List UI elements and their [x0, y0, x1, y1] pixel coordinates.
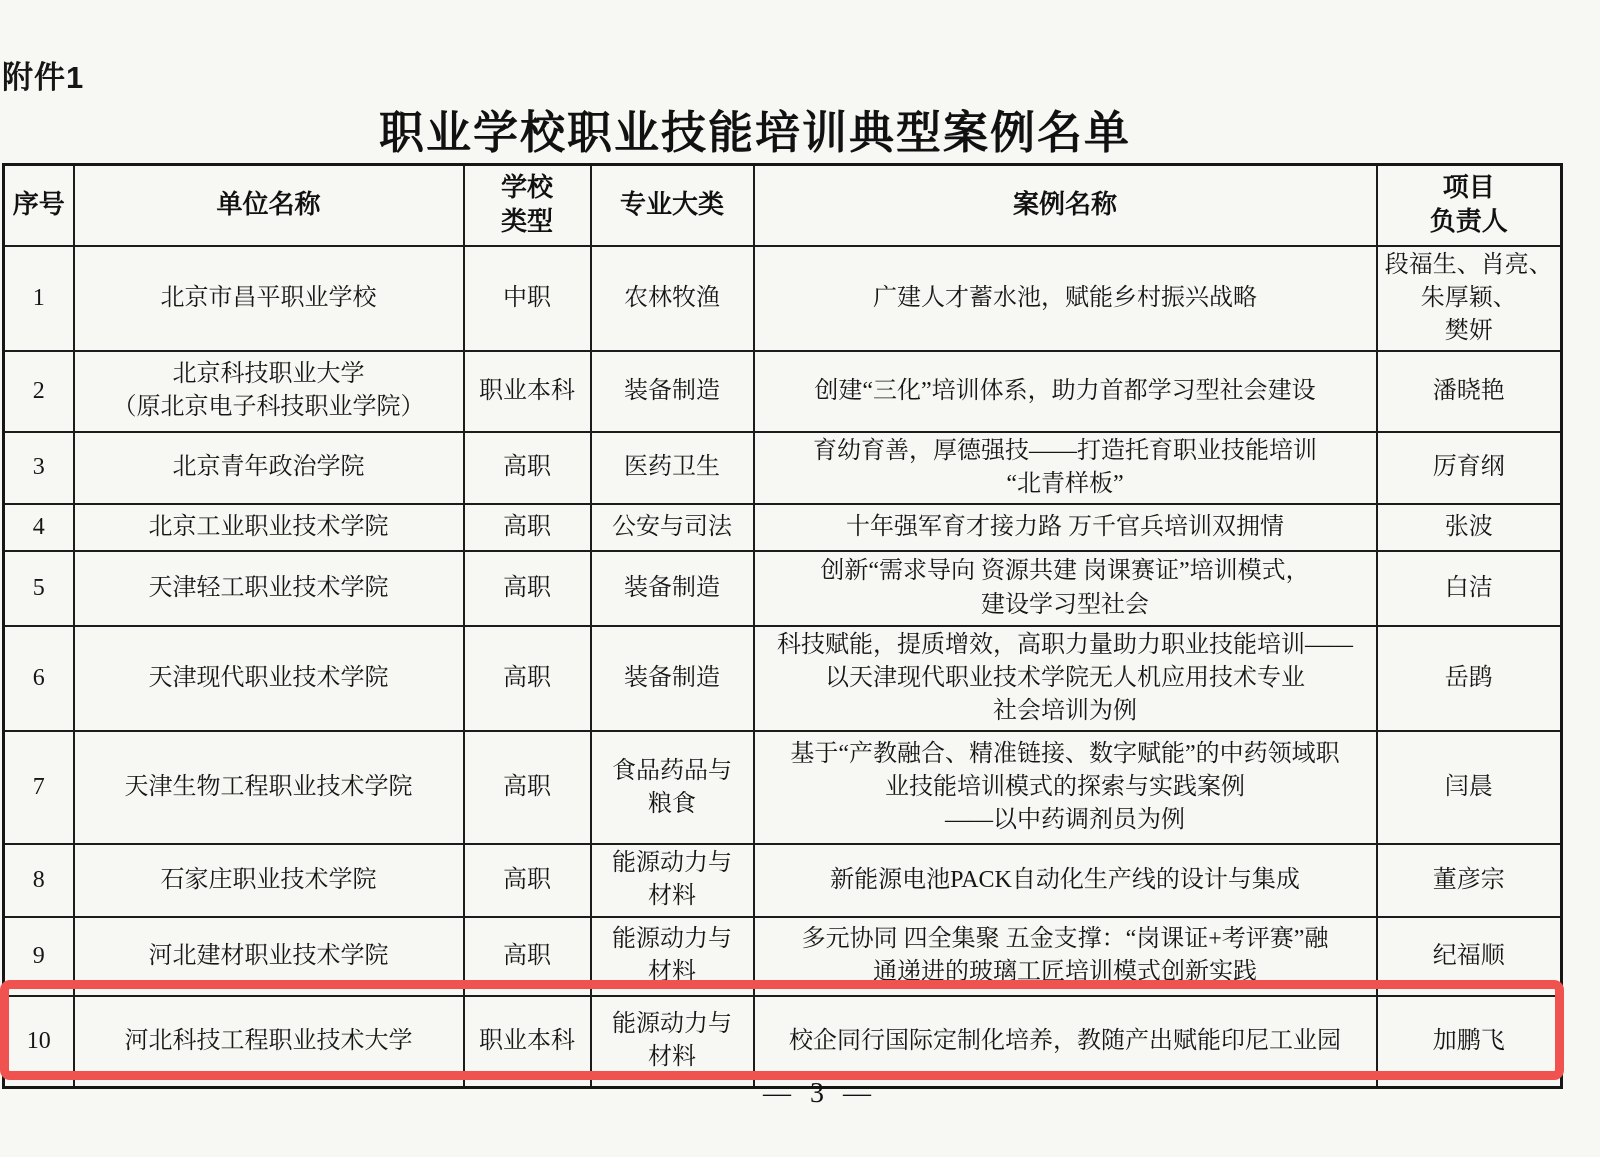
cell-school-type: 中职	[464, 246, 591, 351]
table-row-9: 9 河北建材职业技术学院 高职 能源动力与 材料 多元协同 四全集聚 五金支撑：…	[4, 917, 1562, 996]
cell-project-leader: 张波	[1377, 504, 1562, 551]
cell-seq: 6	[4, 626, 74, 731]
cell-case-name: 创建“三化”培训体系，助力首都学习型社会建设	[754, 351, 1377, 432]
cell-case-name: 创新“需求导向 资源共建 岗课赛证”培训模式， 建设学习型社会	[754, 551, 1377, 626]
page-number: — 3 —	[0, 1078, 1600, 1110]
cell-school-type: 高职	[464, 432, 591, 504]
table-row-7: 7 天津生物工程职业技术学院 高职 食品药品与 粮食 基于“产教融合、精准链接、…	[4, 731, 1562, 844]
cell-major-category: 装备制造	[591, 626, 754, 731]
col-header-project-leader: 项目 负责人	[1377, 165, 1562, 246]
cell-project-leader: 厉育纲	[1377, 432, 1562, 504]
cell-seq: 2	[4, 351, 74, 432]
cell-seq: 3	[4, 432, 74, 504]
cell-project-leader: 岳鹍	[1377, 626, 1562, 731]
cell-seq: 7	[4, 731, 74, 844]
cell-project-leader: 董彦宗	[1377, 844, 1562, 916]
col-header-case-name: 案例名称	[754, 165, 1377, 246]
cell-unit-name: 北京市昌平职业学校	[74, 246, 464, 351]
cell-case-name: 十年强军育才接力路 万千官兵培训双拥情	[754, 504, 1377, 551]
attachment-label: 附件1	[2, 52, 84, 97]
cell-unit-name: 河北建材职业技术学院	[74, 917, 464, 996]
cell-case-name: 校企同行国际定制化培养，教随产出赋能印尼工业园	[754, 996, 1377, 1088]
cell-unit-name: 石家庄职业技术学院	[74, 844, 464, 916]
cell-school-type: 高职	[464, 844, 591, 916]
cell-unit-name: 河北科技工程职业技术大学	[74, 996, 464, 1088]
table-row-6: 6 天津现代职业技术学院 高职 装备制造 科技赋能，提质增效，高职力量助力职业技…	[4, 626, 1562, 731]
cell-unit-name: 北京科技职业大学 （原北京电子科技职业学院）	[74, 351, 464, 432]
cell-unit-name: 天津现代职业技术学院	[74, 626, 464, 731]
cell-major-category: 装备制造	[591, 551, 754, 626]
col-header-school-type: 学校 类型	[464, 165, 591, 246]
cell-school-type: 高职	[464, 551, 591, 626]
table-row-5: 5 天津轻工职业技术学院 高职 装备制造 创新“需求导向 资源共建 岗课赛证”培…	[4, 551, 1562, 626]
document-title: 职业学校职业技能培训典型案例名单	[0, 96, 1510, 161]
cases-table: 序号 单位名称 学校 类型 专业大类 案例名称 项目 负责人 1 北京市昌平职业…	[2, 163, 1563, 1089]
cell-case-name: 广建人才蓄水池，赋能乡村振兴战略	[754, 246, 1377, 351]
cell-school-type: 高职	[464, 731, 591, 844]
table-row-8: 8 石家庄职业技术学院 高职 能源动力与 材料 新能源电池PACK自动化生产线的…	[4, 844, 1562, 916]
cell-school-type: 高职	[464, 626, 591, 731]
col-header-major-category: 专业大类	[591, 165, 754, 246]
table-header-row: 序号 单位名称 学校 类型 专业大类 案例名称 项目 负责人	[4, 165, 1562, 246]
cell-project-leader: 段福生、肖亮、 朱厚颖、 樊妍	[1377, 246, 1562, 351]
cell-school-type: 高职	[464, 504, 591, 551]
cell-major-category: 农林牧渔	[591, 246, 754, 351]
cell-project-leader: 潘晓艳	[1377, 351, 1562, 432]
cell-unit-name: 北京青年政治学院	[74, 432, 464, 504]
col-header-unit-name: 单位名称	[74, 165, 464, 246]
cell-project-leader: 闫晨	[1377, 731, 1562, 844]
cell-case-name: 育幼育善，厚德强技——打造托育职业技能培训 “北青样板”	[754, 432, 1377, 504]
cell-major-category: 装备制造	[591, 351, 754, 432]
document-page: 附件1 职业学校职业技能培训典型案例名单 序号 单位名称 学校 类型 专业大类 …	[0, 0, 1600, 1157]
cell-seq: 4	[4, 504, 74, 551]
cell-school-type: 高职	[464, 917, 591, 996]
cell-seq: 10	[4, 996, 74, 1088]
cell-major-category: 能源动力与 材料	[591, 844, 754, 916]
cell-major-category: 能源动力与 材料	[591, 917, 754, 996]
table-row-10-highlighted: 10 河北科技工程职业技术大学 职业本科 能源动力与 材料 校企同行国际定制化培…	[4, 996, 1562, 1088]
cell-case-name: 基于“产教融合、精准链接、数字赋能”的中药领域职 业技能培训模式的探索与实践案例…	[754, 731, 1377, 844]
cell-seq: 1	[4, 246, 74, 351]
table-row-3: 3 北京青年政治学院 高职 医药卫生 育幼育善，厚德强技——打造托育职业技能培训…	[4, 432, 1562, 504]
cell-project-leader: 纪福顺	[1377, 917, 1562, 996]
cell-project-leader: 白洁	[1377, 551, 1562, 626]
table-row-2: 2 北京科技职业大学 （原北京电子科技职业学院） 职业本科 装备制造 创建“三化…	[4, 351, 1562, 432]
cell-case-name: 科技赋能，提质增效，高职力量助力职业技能培训—— 以天津现代职业技术学院无人机应…	[754, 626, 1377, 731]
cell-major-category: 食品药品与 粮食	[591, 731, 754, 844]
table-row-1: 1 北京市昌平职业学校 中职 农林牧渔 广建人才蓄水池，赋能乡村振兴战略 段福生…	[4, 246, 1562, 351]
col-header-seq: 序号	[4, 165, 74, 246]
cell-case-name: 新能源电池PACK自动化生产线的设计与集成	[754, 844, 1377, 916]
cell-seq: 8	[4, 844, 74, 916]
cell-seq: 5	[4, 551, 74, 626]
table-row-4: 4 北京工业职业技术学院 高职 公安与司法 十年强军育才接力路 万千官兵培训双拥…	[4, 504, 1562, 551]
cell-major-category: 能源动力与 材料	[591, 996, 754, 1088]
cell-school-type: 职业本科	[464, 996, 591, 1088]
cell-unit-name: 天津轻工职业技术学院	[74, 551, 464, 626]
cell-school-type: 职业本科	[464, 351, 591, 432]
cell-unit-name: 天津生物工程职业技术学院	[74, 731, 464, 844]
cell-seq: 9	[4, 917, 74, 996]
cell-major-category: 医药卫生	[591, 432, 754, 504]
cell-major-category: 公安与司法	[591, 504, 754, 551]
cell-project-leader: 加鹏飞	[1377, 996, 1562, 1088]
cell-case-name: 多元协同 四全集聚 五金支撑：“岗课证+考评赛”融 通递进的玻璃工匠培训模式创新…	[754, 917, 1377, 996]
cell-unit-name: 北京工业职业技术学院	[74, 504, 464, 551]
